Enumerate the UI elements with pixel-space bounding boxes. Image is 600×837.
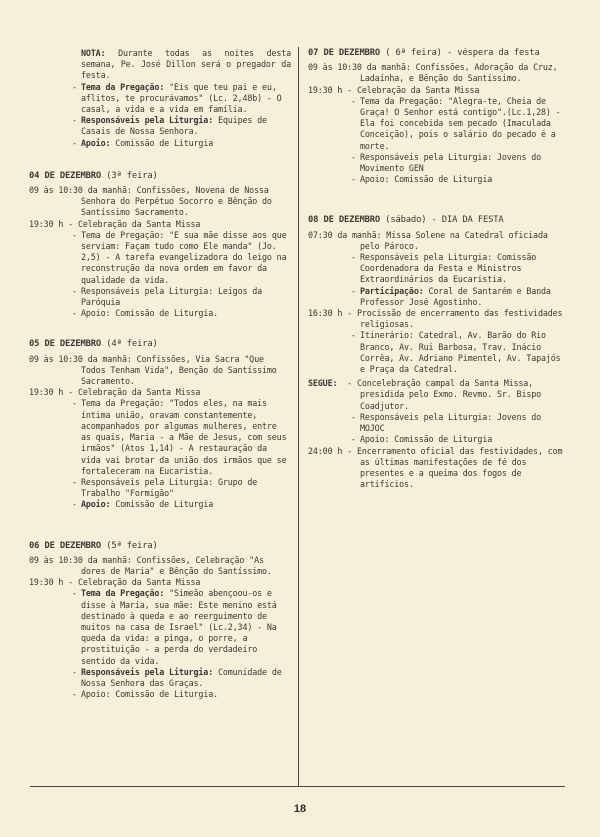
day-item: -Apoio: Comissão de Liturgia. (29, 689, 291, 700)
note-item: -Responsáveis pela Liturgia: Equipes de … (29, 115, 291, 137)
morning-entry: 09 às 10:30 da manhã: Confissões, Celebr… (29, 555, 291, 577)
note-block: NOTA: Durante todas as noites desta sema… (29, 48, 291, 82)
procession-entry: 16:30 h - Procissão de encerramento das … (308, 308, 570, 330)
day-section-07: 07 DE DEZEMBRO ( 6ª feira) - véspera da … (308, 48, 570, 185)
evening-entry: 19:30 h - Celebração da Santa Missa (29, 387, 291, 398)
day-item: -Apoio: Comissão de Liturgia (29, 499, 291, 510)
day-heading: 06 DE DEZEMBRO (5ª feira) (29, 541, 291, 552)
page-number: 18 (0, 803, 600, 815)
morning-entry: 09 às 10:30 da manhã: Confissões, Via Sa… (29, 354, 291, 388)
morning-entry: 07:30 da manhã: Missa Solene na Catedral… (308, 230, 570, 252)
day-item: -Responsáveis pela Liturgia: Comissão Co… (308, 252, 570, 286)
day-section-05: 05 DE DEZEMBRO (4ª feira) 09 às 10:30 da… (29, 339, 291, 510)
day-item: -Responsáveis pela Liturgia: Leigos da P… (29, 286, 291, 308)
morning-entry: 09 às 10:30 da manhã: Confissões, Adoraç… (308, 62, 570, 84)
evening-entry: 19:30 h - Celebração da Santa Missa (29, 219, 291, 230)
day-item: -Responsáveis pela Liturgia: Jovens do M… (308, 152, 570, 174)
day-item: -Responsáveis pela Liturgia: Grupo de Tr… (29, 477, 291, 499)
evening-entry: 19:30 h - Celebração da Santa Missa (29, 577, 291, 588)
day-heading: 05 DE DEZEMBRO (4ª feira) (29, 339, 291, 350)
left-column: NOTA: Durante todas as noites desta sema… (29, 48, 291, 704)
document-page: NOTA: Durante todas as noites desta sema… (0, 0, 600, 837)
day-item: -Tema da Pregação: "Todos eles, na mais … (29, 398, 291, 476)
day-item: -Responsáveis pela Liturgia: Comunidade … (29, 667, 291, 689)
day-section-06: 06 DE DEZEMBRO (5ª feira) 09 às 10:30 da… (29, 541, 291, 701)
right-column: 07 DE DEZEMBRO ( 6ª feira) - véspera da … (308, 48, 570, 494)
day-item: -Itinerário: Catedral, Av. Barão do Rio … (308, 330, 570, 375)
note-item: -Apoio: Comissão de Liturgia (29, 138, 291, 149)
note-text: NOTA: Durante todas as noites desta sema… (81, 48, 291, 82)
day-item: -Participação: Coral de Santarém e Banda… (308, 286, 570, 308)
morning-entry: 09 às 10:30 da manhã: Confissões, Novena… (29, 185, 291, 219)
day-item: -Apoio: Comissão de Liturgia (308, 174, 570, 185)
column-divider (298, 47, 299, 786)
note-label: NOTA: (81, 48, 105, 58)
note-item: -Tema da Pregação: "Eis que teu pai e eu… (29, 82, 291, 116)
day-heading: 08 DE DEZEMBRO (sábado) - DIA DA FESTA (308, 215, 570, 226)
day-item: -Tema da Pregação: "Simeão abençoou-os e… (29, 588, 291, 666)
day-section-04: 04 DE DEZEMBRO (3ª feira) 09 às 10:30 da… (29, 171, 291, 320)
bottom-rule (30, 786, 565, 787)
segue-entry: SEGUE: - Concelebração campal da Santa M… (308, 378, 570, 412)
closing-entry: 24:00 h - Encerramento oficial das festi… (308, 446, 570, 491)
day-heading: 04 DE DEZEMBRO (3ª feira) (29, 171, 291, 182)
day-section-08: 08 DE DEZEMBRO (sábado) - DIA DA FESTA 0… (308, 215, 570, 490)
day-item: -Tema de Pregação: "E sua mãe disse aos … (29, 230, 291, 286)
day-item: -Apoio: Comissão de Liturgia. (29, 308, 291, 319)
day-item: -Responsáveis pela Liturgia: Jovens do M… (308, 412, 570, 434)
day-heading: 07 DE DEZEMBRO ( 6ª feira) - véspera da … (308, 48, 570, 59)
day-item: -Apoio: Comissão de Liturgia (308, 434, 570, 445)
day-item: -Tema da Pregação: "Alegra-te, Cheia de … (308, 96, 570, 152)
evening-entry: 19:30 h - Celebração da Santa Missa (308, 85, 570, 96)
